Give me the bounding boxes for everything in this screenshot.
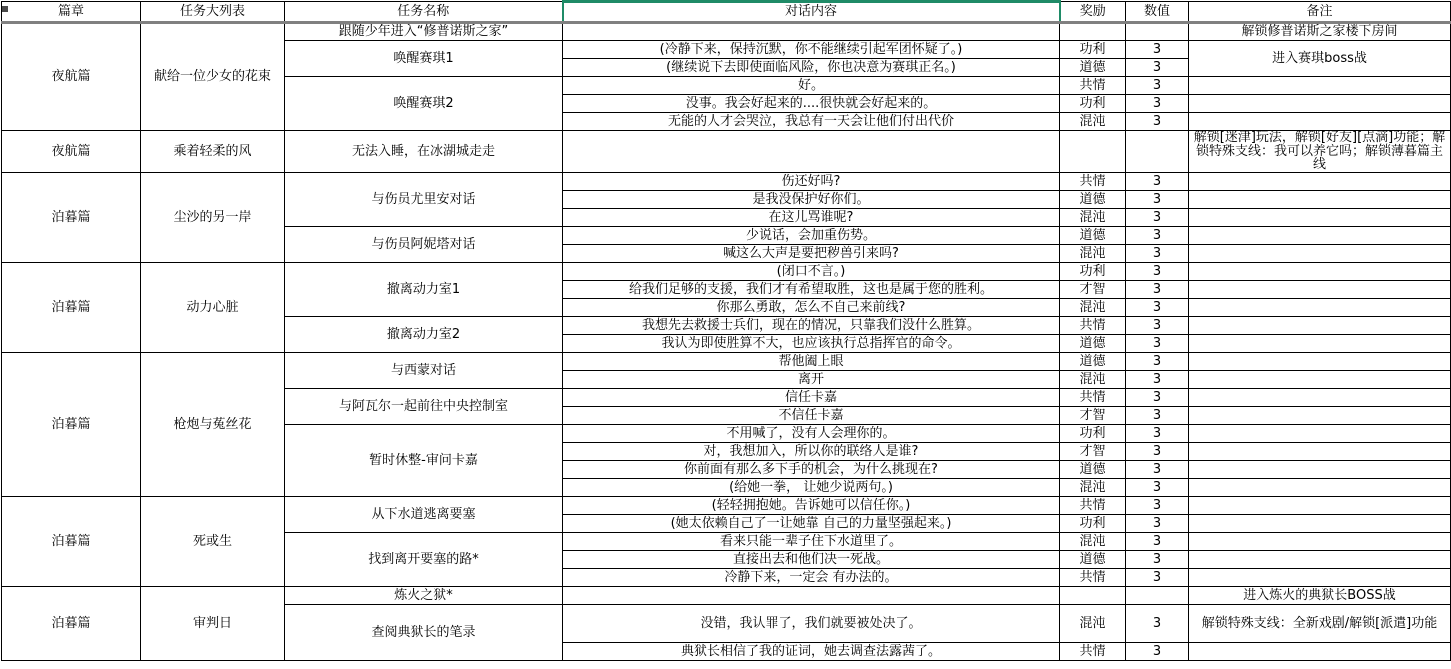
cell-reward[interactable] [1060,23,1126,41]
cell-value[interactable]: 3 [1126,497,1189,515]
cell-note[interactable] [1189,113,1451,131]
table-row: 泊暮篇死或生从下水道逃离要塞(轻轻拥抱她。告诉她可以信任你。)共情3 [2,497,1451,515]
cell-reward[interactable] [1060,131,1126,173]
cell-value[interactable]: 3 [1126,173,1189,191]
cell-value[interactable]: 3 [1126,317,1189,335]
cell-reward[interactable]: 共情 [1060,173,1126,191]
cell-dialogue[interactable]: 好。 [563,77,1060,95]
cell-note[interactable]: 解锁特殊支线：全新戏剧/解锁[派遣]功能 [1189,605,1451,643]
cell-value[interactable]: 3 [1126,227,1189,245]
cell-chapter[interactable]: 夜航篇 [2,23,141,131]
cell-task-name[interactable]: 查阅典狱长的笔录 [285,605,563,661]
cell-note[interactable]: 解锁修普诺斯之家楼下房间 [1189,23,1451,41]
cell-value[interactable]: 3 [1126,59,1189,77]
cell-reward[interactable]: 共情 [1060,389,1126,407]
cell-note[interactable] [1189,263,1451,281]
cell-dialogue[interactable]: (她太依赖自己了一让她靠 自己的力量坚强起来。) [563,515,1060,533]
cell-reward[interactable]: 功利 [1060,263,1126,281]
cell-value[interactable]: 3 [1126,191,1189,209]
cell-task-name[interactable]: 炼火之狱* [285,587,563,605]
cell-dialogue[interactable]: 你那么勇敢，怎么不自己来前线? [563,299,1060,317]
cell-dialogue[interactable]: 直接出去和他们决一死战。 [563,551,1060,569]
cell-quest[interactable]: 乘着轻柔的风 [141,131,285,173]
cell-quest[interactable]: 枪炮与菟丝花 [141,353,285,497]
cell-value[interactable]: 3 [1126,443,1189,461]
cell-dialogue[interactable]: 没错，我认罪了，我们就要被处决了。 [563,605,1060,643]
cell-reward[interactable]: 功利 [1060,41,1126,59]
cell-reward[interactable]: 才智 [1060,407,1126,425]
cell-dialogue[interactable]: 典狱长相信了我的证词，她去调查法露茜了。 [563,643,1060,661]
cell-note[interactable]: 进入炼火的典狱长BOSS战 [1189,587,1451,605]
cell-task-name[interactable]: 跟随少年进入“修普诺斯之家” [285,23,563,41]
table-row: 泊暮篇审判日炼火之狱*进入炼火的典狱长BOSS战 [2,587,1451,605]
cell-note[interactable] [1189,497,1451,515]
cell-note[interactable]: 解锁[迷津]玩法，解锁[好友][点滴]功能；解锁特殊支线：我可以养它吗；解锁薄暮… [1189,131,1451,173]
cell-dialogue[interactable]: 不信任卡嘉 [563,407,1060,425]
cell-value[interactable]: 3 [1126,77,1189,95]
cell-value[interactable] [1126,23,1189,41]
spreadsheet: 篇章 任务大列表 任务名称 对话内容 奖励 数值 备注 夜航篇献给一位少女的花束… [0,0,1451,669]
cell-reward[interactable]: 功利 [1060,515,1126,533]
cell-value[interactable]: 3 [1126,407,1189,425]
col-header-task-name[interactable]: 任务名称 [285,2,563,23]
cell-value[interactable] [1126,131,1189,173]
cell-chapter[interactable]: 泊暮篇 [2,263,141,353]
table-row: 泊暮篇尘沙的另一岸与伤员尤里安对话伤还好吗?共情3 [2,173,1451,191]
cell-reward[interactable]: 混沌 [1060,479,1126,497]
cell-reward[interactable]: 才智 [1060,281,1126,299]
cell-reward[interactable]: 混沌 [1060,605,1126,643]
cell-value[interactable]: 3 [1126,425,1189,443]
cell-chapter[interactable]: 泊暮篇 [2,497,141,587]
cell-dialogue[interactable]: 离开 [563,371,1060,389]
cell-task-name[interactable]: 暂时休整-审问卡嘉 [285,425,563,497]
selection-corner-artifact [2,6,8,12]
cell-note[interactable] [1189,407,1451,425]
cell-dialogue[interactable]: 帮他阖上眼 [563,353,1060,371]
cell-dialogue[interactable]: 冷静下来，一定会 有办法的。 [563,569,1060,587]
cell-value[interactable]: 3 [1126,533,1189,551]
header-row: 篇章 任务大列表 任务名称 对话内容 奖励 数值 备注 [2,2,1451,23]
cell-reward[interactable]: 道德 [1060,353,1126,371]
cell-note[interactable] [1189,77,1451,95]
cell-value[interactable]: 3 [1126,551,1189,569]
cell-dialogue[interactable]: 你前面有那么多下手的机会，为什么挑现在? [563,461,1060,479]
cell-value[interactable]: 3 [1126,479,1189,497]
cell-reward[interactable]: 道德 [1060,59,1126,77]
cell-dialogue[interactable]: 没事。我会好起来的....很快就会好起来的。 [563,95,1060,113]
cell-note[interactable] [1189,281,1451,299]
cell-reward[interactable]: 混沌 [1060,245,1126,263]
cell-dialogue[interactable]: 在这儿骂谁呢? [563,209,1060,227]
col-header-note[interactable]: 备注 [1189,2,1451,23]
cell-reward[interactable]: 功利 [1060,95,1126,113]
cell-reward[interactable]: 才智 [1060,443,1126,461]
cell-note[interactable] [1189,371,1451,389]
cell-task-name[interactable]: 撤离动力室1 [285,263,563,317]
cell-note[interactable] [1189,551,1451,569]
cell-chapter[interactable]: 泊暮篇 [2,587,141,661]
cell-value[interactable]: 3 [1126,569,1189,587]
cell-value[interactable]: 3 [1126,515,1189,533]
cell-task-name[interactable]: 唤醒赛琪1 [285,41,563,77]
cell-note[interactable] [1189,245,1451,263]
cell-task-name[interactable]: 与伤员阿妮塔对话 [285,227,563,263]
cell-value[interactable]: 3 [1126,95,1189,113]
cell-reward[interactable]: 混沌 [1060,113,1126,131]
cell-dialogue[interactable] [563,23,1060,41]
cell-quest[interactable]: 献给一位少女的花束 [141,23,285,131]
cell-value[interactable]: 3 [1126,605,1189,643]
cell-dialogue[interactable]: 信任卡嘉 [563,389,1060,407]
cell-dialogue[interactable]: 给我们足够的支援，我们才有希望取胜，这也是属于您的胜利。 [563,281,1060,299]
cell-task-name[interactable]: 唤醒赛琪2 [285,77,563,131]
cell-value[interactable]: 3 [1126,41,1189,59]
cell-note[interactable] [1189,461,1451,479]
cell-dialogue[interactable]: 少说话，会加重伤势。 [563,227,1060,245]
cell-note[interactable] [1189,299,1451,317]
table-row: 夜航篇乘着轻柔的风无法入睡，在冰湖城走走解锁[迷津]玩法，解锁[好友][点滴]功… [2,131,1451,173]
cell-value[interactable]: 3 [1126,461,1189,479]
cell-value[interactable] [1126,587,1189,605]
cell-reward[interactable]: 共情 [1060,77,1126,95]
cell-task-name[interactable]: 找到离开要塞的路* [285,533,563,587]
cell-value[interactable]: 3 [1126,113,1189,131]
cell-value[interactable]: 3 [1126,299,1189,317]
cell-dialogue[interactable]: (闭口不言。) [563,263,1060,281]
cell-note[interactable] [1189,335,1451,353]
col-header-value[interactable]: 数值 [1126,2,1189,23]
cell-note[interactable] [1189,227,1451,245]
cell-reward[interactable]: 混沌 [1060,209,1126,227]
cell-value[interactable]: 3 [1126,281,1189,299]
cell-quest[interactable]: 审判日 [141,587,285,661]
cell-value[interactable]: 3 [1126,643,1189,661]
cell-reward[interactable]: 道德 [1060,551,1126,569]
col-header-dialogue[interactable]: 对话内容 [563,2,1060,23]
cell-note[interactable] [1189,95,1451,113]
cell-value[interactable]: 3 [1126,209,1189,227]
cell-note[interactable] [1189,209,1451,227]
cell-quest[interactable]: 尘沙的另一岸 [141,173,285,263]
cell-quest[interactable]: 动力心脏 [141,263,285,353]
cell-reward[interactable]: 道德 [1060,461,1126,479]
cell-dialogue[interactable]: 不用喊了，没有人会理你的。 [563,425,1060,443]
cell-value[interactable]: 3 [1126,353,1189,371]
cell-value[interactable]: 3 [1126,335,1189,353]
cell-value[interactable]: 3 [1126,263,1189,281]
cell-reward[interactable]: 共情 [1060,643,1126,661]
cell-dialogue[interactable] [563,131,1060,173]
cell-note[interactable] [1189,353,1451,371]
cell-note[interactable] [1189,443,1451,461]
cell-note[interactable] [1189,191,1451,209]
cell-reward[interactable]: 道德 [1060,191,1126,209]
table-row: 夜航篇献给一位少女的花束跟随少年进入“修普诺斯之家”解锁修普诺斯之家楼下房间 [2,23,1451,41]
cell-quest[interactable]: 死或生 [141,497,285,587]
quest-dialogue-table: 篇章 任务大列表 任务名称 对话内容 奖励 数值 备注 夜航篇献给一位少女的花束… [1,0,1451,661]
cell-chapter[interactable]: 泊暮篇 [2,353,141,497]
cell-dialogue[interactable]: (冷静下来，保持沉默，你不能继续引起军团怀疑了。) [563,41,1060,59]
cell-task-name[interactable]: 与西蒙对话 [285,353,563,389]
col-header-reward[interactable]: 奖励 [1060,2,1126,23]
cell-dialogue[interactable]: (轻轻拥抱她。告诉她可以信任你。) [563,497,1060,515]
cell-reward[interactable]: 共情 [1060,497,1126,515]
cell-note[interactable] [1189,317,1451,335]
cell-dialogue[interactable]: 无能的人才会哭泣，我总有一天会让他们付出代价 [563,113,1060,131]
cell-note[interactable] [1189,425,1451,443]
cell-note[interactable] [1189,515,1451,533]
cell-note[interactable] [1189,569,1451,587]
cell-reward[interactable]: 共情 [1060,317,1126,335]
cell-chapter[interactable]: 泊暮篇 [2,173,141,263]
table-row: 泊暮篇枪炮与菟丝花与西蒙对话帮他阖上眼道德3 [2,353,1451,371]
cell-note[interactable] [1189,533,1451,551]
cell-reward[interactable]: 混沌 [1060,533,1126,551]
cell-reward[interactable]: 道德 [1060,335,1126,353]
cell-dialogue[interactable]: 喊这么大声是要把秽兽引来吗? [563,245,1060,263]
col-header-quest[interactable]: 任务大列表 [141,2,285,23]
cell-reward[interactable]: 功利 [1060,425,1126,443]
cell-dialogue[interactable]: 伤还好吗? [563,173,1060,191]
cell-note[interactable] [1189,643,1451,661]
cell-note[interactable] [1189,479,1451,497]
table-row: 泊暮篇动力心脏撤离动力室1(闭口不言。)功利3 [2,263,1451,281]
cell-dialogue[interactable]: (继续说下去即使面临风险，你也决意为赛琪正名。) [563,59,1060,77]
cell-task-name[interactable]: 从下水道逃离要塞 [285,497,563,533]
cell-reward[interactable] [1060,587,1126,605]
cell-value[interactable]: 3 [1126,245,1189,263]
cell-dialogue[interactable]: 我想先去救援士兵们，现在的情况，只靠我们没什么胜算。 [563,317,1060,335]
cell-reward[interactable]: 道德 [1060,227,1126,245]
cell-task-name[interactable]: 与伤员尤里安对话 [285,173,563,227]
cell-dialogue[interactable]: (给她一拳， 让她少说两句。) [563,479,1060,497]
cell-reward[interactable]: 共情 [1060,569,1126,587]
cell-task-name[interactable]: 撤离动力室2 [285,317,563,353]
cell-chapter[interactable]: 夜航篇 [2,131,141,173]
col-header-chapter[interactable]: 篇章 [2,2,141,23]
cell-dialogue[interactable]: 看来只能一辈子住下水道里了。 [563,533,1060,551]
cell-value[interactable]: 3 [1126,389,1189,407]
cell-reward[interactable]: 混沌 [1060,371,1126,389]
quest-table-body: 夜航篇献给一位少女的花束跟随少年进入“修普诺斯之家”解锁修普诺斯之家楼下房间唤醒… [2,23,1451,661]
cell-note[interactable] [1189,173,1451,191]
cell-value[interactable]: 3 [1126,371,1189,389]
cell-dialogue[interactable]: 对，我想加入，所以你的联络人是谁? [563,443,1060,461]
cell-task-name[interactable]: 无法入睡，在冰湖城走走 [285,131,563,173]
cell-note[interactable] [1189,389,1451,407]
cell-task-name[interactable]: 与阿瓦尔一起前往中央控制室 [285,389,563,425]
cell-dialogue[interactable]: 是我没保护好你们。 [563,191,1060,209]
cell-note[interactable]: 进入赛琪boss战 [1189,41,1451,77]
cell-reward[interactable]: 混沌 [1060,299,1126,317]
cell-dialogue[interactable]: 我认为即使胜算不大，也应该执行总指挥官的命令。 [563,335,1060,353]
cell-dialogue[interactable] [563,587,1060,605]
